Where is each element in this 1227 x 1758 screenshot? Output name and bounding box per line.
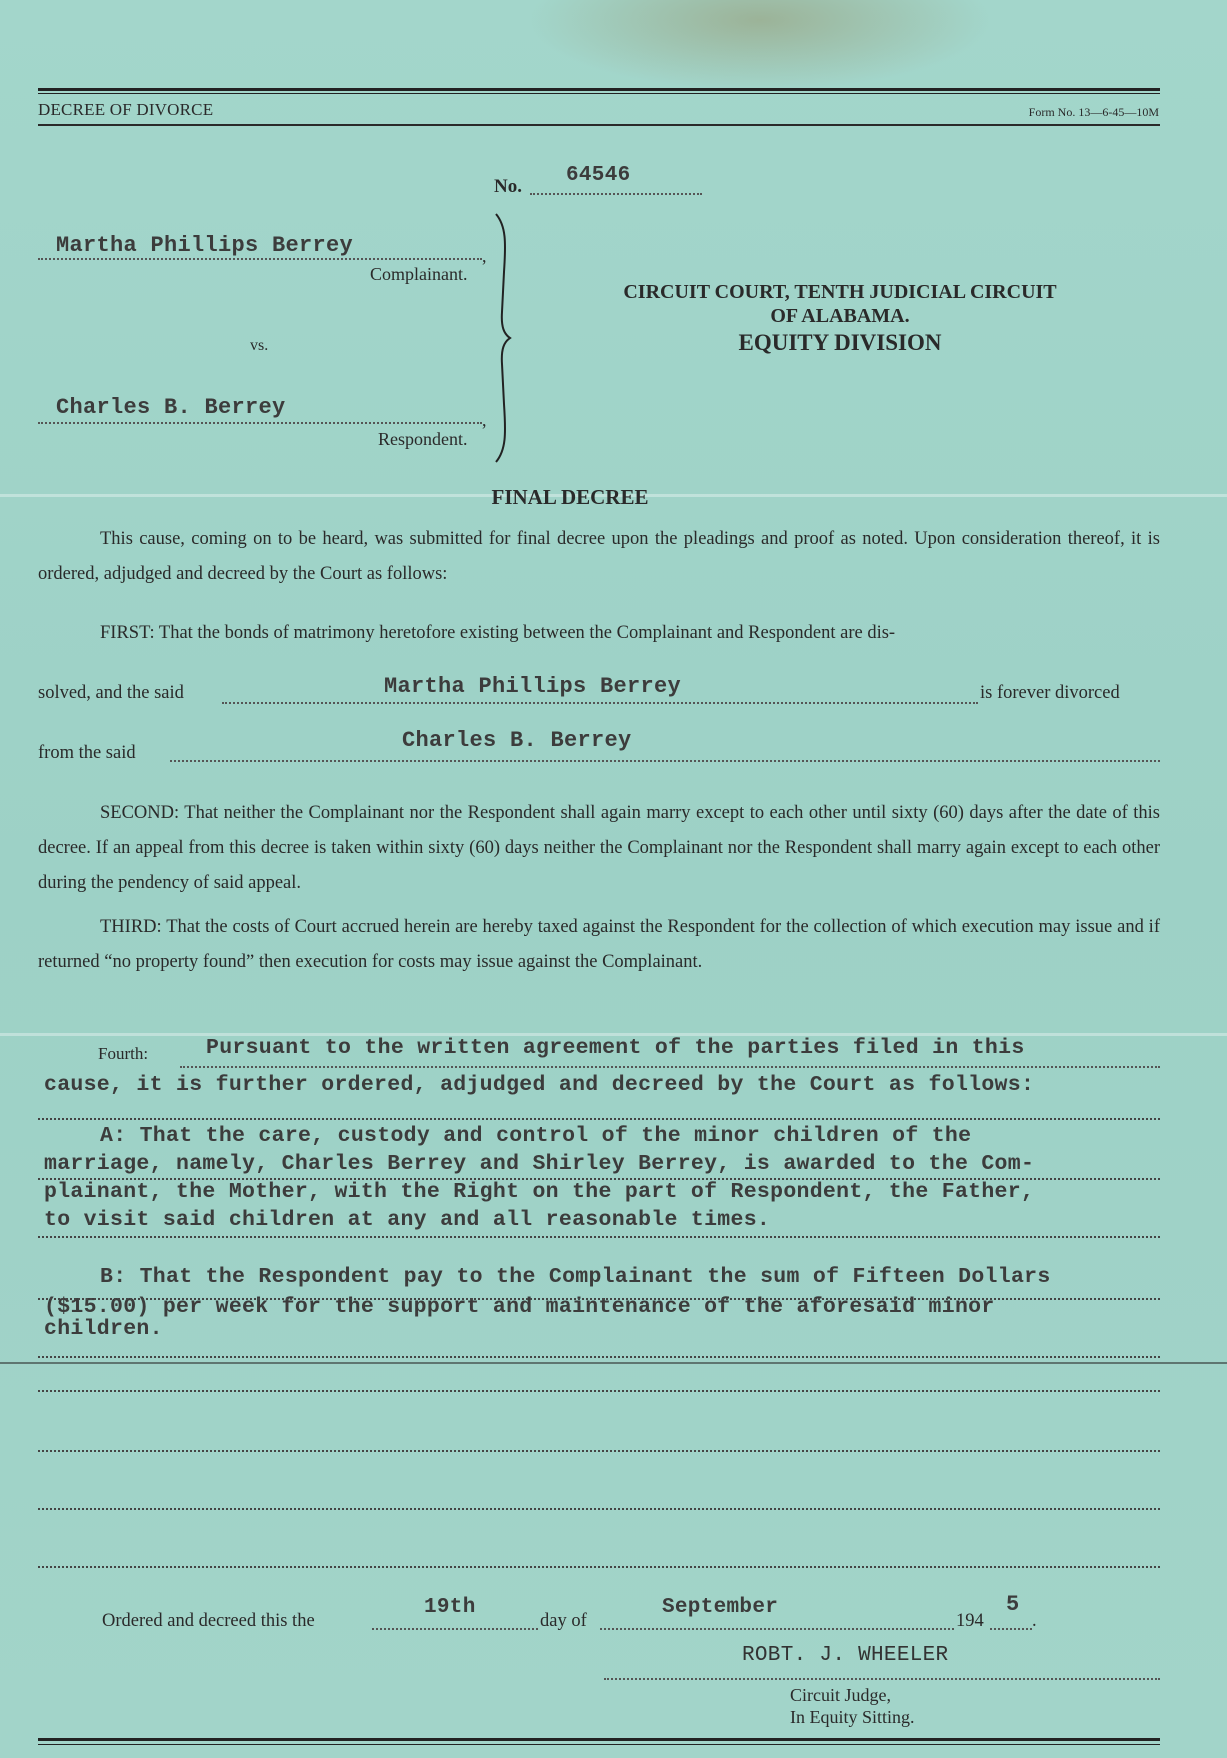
complainant-name: Martha Phillips Berrey <box>56 233 353 258</box>
fourth-label: Fourth: <box>98 1044 148 1064</box>
fourth-line-1: Pursuant to the written agreement of the… <box>206 1036 1025 1060</box>
court-line-3: EQUITY DIVISION <box>560 328 1120 358</box>
first-line2-suffix: is forever divorced <box>980 676 1120 711</box>
first-line3-prefix: from the said <box>38 736 136 771</box>
clause-b-line: ($15.00) per week for the support and ma… <box>44 1292 1051 1322</box>
header-bottom-rule <box>38 124 1160 126</box>
clause-b-line: B: That the Respondent pay to the Compla… <box>44 1262 1051 1292</box>
other-party-name: Charles B. Berrey <box>402 728 632 753</box>
order-day-field <box>372 1628 538 1630</box>
form-title: DECREE OF DIVORCE <box>38 100 213 120</box>
complainant-field <box>38 258 482 260</box>
case-number-label: No. <box>494 176 522 198</box>
fourth-line-1-field <box>180 1066 1160 1068</box>
clause-a-line: A: That the care, custody and control of… <box>44 1122 1034 1150</box>
clause-a-line: plainant, the Mother, with the Right on … <box>44 1178 1034 1206</box>
clause-a-dotted-rule <box>38 1236 1160 1238</box>
blank-line <box>38 1450 1160 1452</box>
footer-rule <box>38 1738 1160 1745</box>
blank-line <box>38 1390 1160 1392</box>
versus-label: vs. <box>250 337 268 355</box>
comma: , <box>482 410 487 431</box>
curly-brace-icon <box>492 212 514 464</box>
clause-a-line: marriage, namely, Charles Berrey and Shi… <box>44 1150 1034 1178</box>
clause-a-line: to visit said children at any and all re… <box>44 1206 1034 1234</box>
case-number-field <box>530 193 702 195</box>
page-break-edge <box>0 1362 1227 1364</box>
blank-line <box>38 1566 1160 1568</box>
intro-paragraph: This cause, coming on to be heard, was s… <box>38 522 1160 592</box>
court-line-1: CIRCUIT COURT, TENTH JUDICIAL CIRCUIT <box>560 280 1120 304</box>
first-clause: FIRST: That the bonds of matrimony heret… <box>100 616 1160 651</box>
court-heading: CIRCUIT COURT, TENTH JUDICIAL CIRCUIT OF… <box>560 280 1120 358</box>
second-clause: SECOND: That neither the Complainant nor… <box>38 796 1160 901</box>
header-top-rule <box>38 88 1160 94</box>
clause-a-dotted-rule <box>38 1178 1160 1180</box>
day-of-label: day of <box>540 1604 587 1639</box>
first-line2-prefix: solved, and the said <box>38 676 184 711</box>
third-clause: THIRD: That the costs of Court accrued h… <box>38 910 1160 980</box>
court-line-2: OF ALABAMA. <box>560 304 1120 328</box>
respondent-field <box>38 422 482 424</box>
judge-title-line: Circuit Judge, <box>790 1684 915 1706</box>
order-day: 19th <box>424 1596 476 1619</box>
order-month: September <box>662 1596 778 1619</box>
period: . <box>1032 1604 1037 1639</box>
judge-signature: ROBT. J. WHEELER <box>742 1644 948 1667</box>
order-month-field <box>600 1628 954 1630</box>
blank-line <box>38 1508 1160 1510</box>
other-party-field <box>170 760 1160 762</box>
order-prefix: Ordered and decreed this the <box>102 1604 315 1639</box>
signature-line <box>604 1678 1160 1680</box>
clause-b: B: That the Respondent pay to the Compla… <box>44 1262 1051 1344</box>
respondent-name: Charles B. Berrey <box>56 395 286 420</box>
final-decree-title: FINAL DECREE <box>0 485 1140 510</box>
year-field <box>990 1628 1032 1630</box>
form-number: Form No. 13—6-45—10M <box>1029 105 1159 120</box>
clause-b-dotted-rule <box>38 1298 1160 1300</box>
complainant-label: Complainant. <box>370 264 468 285</box>
clause-b-dotted-rule <box>38 1356 1160 1358</box>
fourth-line-2: cause, it is further ordered, adjudged a… <box>44 1073 1034 1097</box>
case-number: 64546 <box>566 164 631 187</box>
year-prefix: 194 <box>956 1604 984 1639</box>
divorced-party-field <box>222 702 978 704</box>
fourth-dotted-rule <box>38 1118 1160 1120</box>
judge-title-line: In Equity Sitting. <box>790 1706 915 1728</box>
year-digit: 5 <box>1006 1592 1020 1617</box>
divorced-party-name: Martha Phillips Berrey <box>384 674 681 699</box>
respondent-label: Respondent. <box>378 429 468 450</box>
comma: , <box>482 246 487 267</box>
judge-title: Circuit Judge, In Equity Sitting. <box>790 1684 915 1728</box>
